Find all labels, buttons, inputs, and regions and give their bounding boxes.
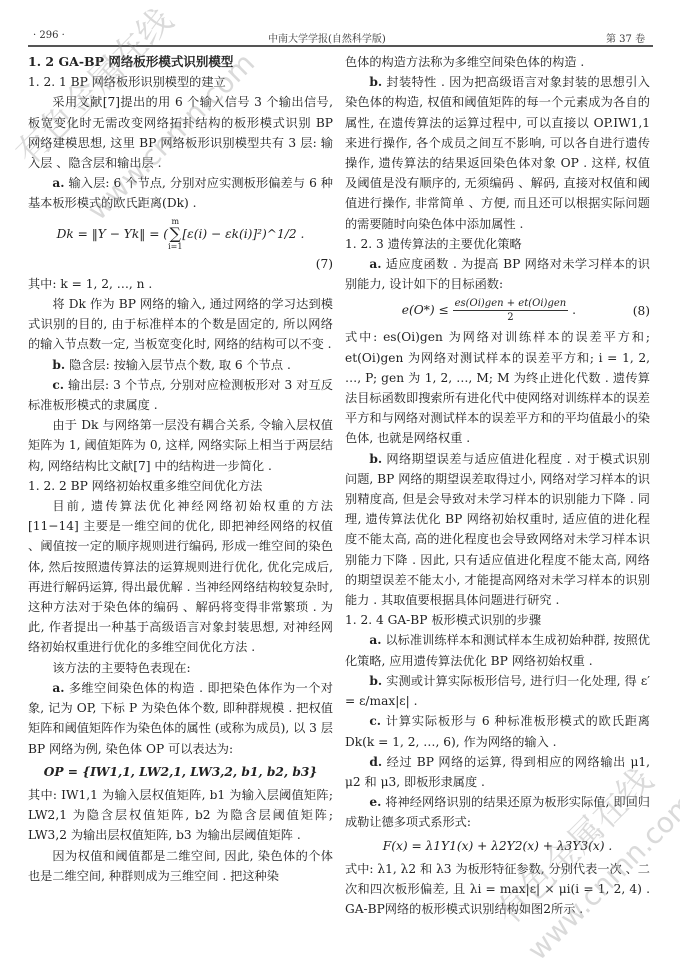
paragraph: 目前, 遗传算法优化神经网络初始权重的方法[11−14] 主要是一维空间的优化,…: [28, 496, 333, 658]
item-label: c.: [369, 714, 381, 728]
item-label: b.: [369, 452, 382, 466]
item-text: 计算实际板形与 6 种标准板形模式的欧氏距离 Dk(k = 1, 2, …, 6…: [345, 714, 650, 748]
paragraph: 式中: λ1, λ2 和 λ3 为板形特征参数, 分别代表一次 、二次和四次板形…: [345, 859, 650, 920]
step-c: c. 计算实际板形与 6 种标准板形模式的欧氏距离 Dk(k = 1, 2, ……: [345, 711, 650, 751]
paragraph: 其中: IW1,1 为输入层权值矩阵, b1 为输入层阈值矩阵; LW2,1 为…: [28, 785, 333, 846]
equation-7: Dk = ‖Y − Yk‖ = ( m ∑ i=1 [ε(i) − εk(i)]…: [28, 217, 333, 251]
item-label: a.: [369, 257, 381, 271]
right-column: 色体的构造方法称为多维空间染色体的构造 . b. 封装特性 . 因为把高级语言对…: [345, 52, 650, 919]
paragraph: a. 适应度函数 . 为提高 BP 网络对未学习样本的识别能力, 设计如下的目标…: [345, 254, 650, 294]
section-heading-1-2: 1. 2 GA-BP 网络板形模式识别模型: [28, 52, 333, 72]
equation-tail: .: [572, 303, 576, 317]
paragraph: 该方法的主要特色表现在:: [28, 658, 333, 678]
section-heading-1-2-2: 1. 2. 2 BP 网络初始权重多维空间优化方法: [28, 476, 333, 496]
equation-legendre: F(x) = λ1Y1(x) + λ2Y2(x) + λ3Y3(x) .: [345, 836, 650, 856]
step-e: e. 将神经网络识别的结果还原为板形实际值, 即回归成勒让德多项式系形式:: [345, 792, 650, 832]
paragraph: 因为权值和阈值都是二维空间, 因此, 染色体的个体也是二维空间, 种群则成为三维…: [28, 846, 333, 886]
paragraph: c. 输出层: 3 个节点, 分别对应检测板形对 3 对互反标准板形模式的隶属度…: [28, 375, 333, 415]
equation-number: (8): [633, 301, 650, 321]
item-text: 封装特性 . 因为把高级语言对象封装的思想引入染色体的构造, 权值和阈值矩阵的每…: [345, 75, 650, 230]
item-label: b.: [369, 674, 382, 688]
paragraph: b. 封装特性 . 因为把高级语言对象封装的思想引入染色体的构造, 权值和阈值矩…: [345, 72, 650, 234]
item-text: 输入层: 6 个节点, 分别对应实测板形偏差与 6 种基本板形模式的欧氏距离(D…: [28, 176, 333, 210]
section-heading-1-2-4: 1. 2. 4 GA-BP 板形模式识别的步骤: [345, 610, 650, 630]
fraction: es(Oi)gen + et(Oi)gen 2: [453, 297, 569, 324]
item-text: 以标准训练样本和测试样本生成初始种群, 按照优化策略, 应用遗传算法优化 BP …: [345, 633, 650, 667]
item-label: b.: [52, 358, 65, 372]
header-rule: [28, 45, 653, 47]
paragraph: b. 隐含层: 按输入层节点个数, 取 6 个节点 .: [28, 355, 333, 375]
item-text: 多维空间染色体的构造 . 即把染色体作为一个对象, 记为 OP, 下标 P 为染…: [28, 681, 333, 756]
equation-body: e(O*) ≤ es(Oi)gen + et(Oi)gen 2 .: [345, 297, 633, 324]
item-text: 适应度函数 . 为提高 BP 网络对未学习样本的识别能力, 设计如下的目标函数:: [345, 257, 650, 291]
item-label: c.: [52, 378, 64, 392]
item-label: a.: [369, 633, 381, 647]
paragraph: a. 输入层: 6 个节点, 分别对应实测板形偏差与 6 种基本板形模式的欧氏距…: [28, 173, 333, 213]
paragraph: b. 网络期望误差与适应值进化程度 . 对于模式识别问题, BP 网络的期望误差…: [345, 449, 650, 611]
paragraph: 由于 Dk 与网络第一层没有耦合关系, 令输入层权值矩阵为 1, 阈值矩阵为 0…: [28, 415, 333, 476]
item-label: a.: [52, 176, 64, 190]
page-number: · 296 ·: [33, 30, 65, 41]
item-label: e.: [369, 795, 381, 809]
fraction-denominator: 2: [507, 311, 513, 324]
item-text: 经过 BP 网络的运算, 得到相应的网络输出 μ1, μ2 和 μ3, 即板形隶…: [345, 755, 650, 789]
equation-chromosome: OP = {IW1,1, LW2,1, LW3,2, b1, b2, b3}: [28, 762, 333, 782]
item-text: 输出层: 3 个节点, 分别对应检测板形对 3 对互反标准板形模式的隶属度 .: [28, 378, 333, 412]
paragraph: 色体的构造方法称为多维空间染色体的构造 .: [345, 52, 650, 72]
equation-8: e(O*) ≤ es(Oi)gen + et(Oi)gen 2 . (8): [345, 297, 650, 324]
equation-lhs: e(O*) ≤: [402, 303, 449, 317]
summation: m ∑ i=1: [168, 217, 182, 251]
left-column: 1. 2 GA-BP 网络板形模式识别模型 1. 2. 1 BP 网络板形识别模…: [28, 52, 333, 886]
item-text: 将神经网络识别的结果还原为板形实际值, 即回归成勒让德多项式系形式:: [345, 795, 650, 829]
paragraph: 式中: es(Oi)gen 为网络对训练样本的误差平方和; et(Oi)gen …: [345, 327, 650, 448]
equation-rhs: [ε(i) − εk(i)]²)^1/2 .: [182, 224, 304, 244]
equation-lhs: Dk = ‖Y − Yk‖ = (: [57, 224, 168, 244]
step-d: d. 经过 BP 网络的运算, 得到相应的网络输出 μ1, μ2 和 μ3, 即…: [345, 752, 650, 792]
step-b: b. 实测或计算实际板形信号, 进行归一化处理, 得 ε′ = ε/max|ε|…: [345, 671, 650, 711]
section-heading-1-2-3: 1. 2. 3 遗传算法的主要优化策略: [345, 234, 650, 254]
item-label: d.: [369, 755, 382, 769]
item-label: a.: [52, 681, 64, 695]
item-label: b.: [369, 75, 382, 89]
item-text: 网络期望误差与适应值进化程度 . 对于模式识别问题, BP 网络的期望误差取得过…: [345, 452, 650, 607]
item-text: 隐含层: 按输入层节点个数, 取 6 个节点 .: [65, 358, 291, 372]
item-text: 实测或计算实际板形信号, 进行归一化处理, 得 ε′ = ε/max|ε| .: [345, 674, 650, 708]
section-heading-1-2-1: 1. 2. 1 BP 网络板形识别模型的建立: [28, 72, 333, 92]
sigma-icon: ∑: [170, 226, 181, 242]
paragraph: 采用文献[7]提出的用 6 个输入信号 3 个输出信号, 板宽变化时无需改变网络…: [28, 92, 333, 173]
fraction-numerator: es(Oi)gen + et(Oi)gen: [453, 297, 569, 311]
step-a: a. 以标准训练样本和测试样本生成初始种群, 按照优化策略, 应用遗传算法优化 …: [345, 630, 650, 670]
equation-number: (7): [28, 254, 333, 274]
sum-lower: i=1: [168, 242, 182, 251]
paragraph: a. 多维空间染色体的构造 . 即把染色体作为一个对象, 记为 OP, 下标 P…: [28, 678, 333, 759]
paragraph: 其中: k = 1, 2, …, n .: [28, 274, 333, 294]
paragraph: 将 Dk 作为 BP 网络的输入, 通过网络的学习达到模式识别的目的, 由于标准…: [28, 294, 333, 355]
journal-title: 中南大学学报(自然科学版): [268, 30, 386, 45]
volume-label: 第 37 卷: [606, 30, 645, 45]
